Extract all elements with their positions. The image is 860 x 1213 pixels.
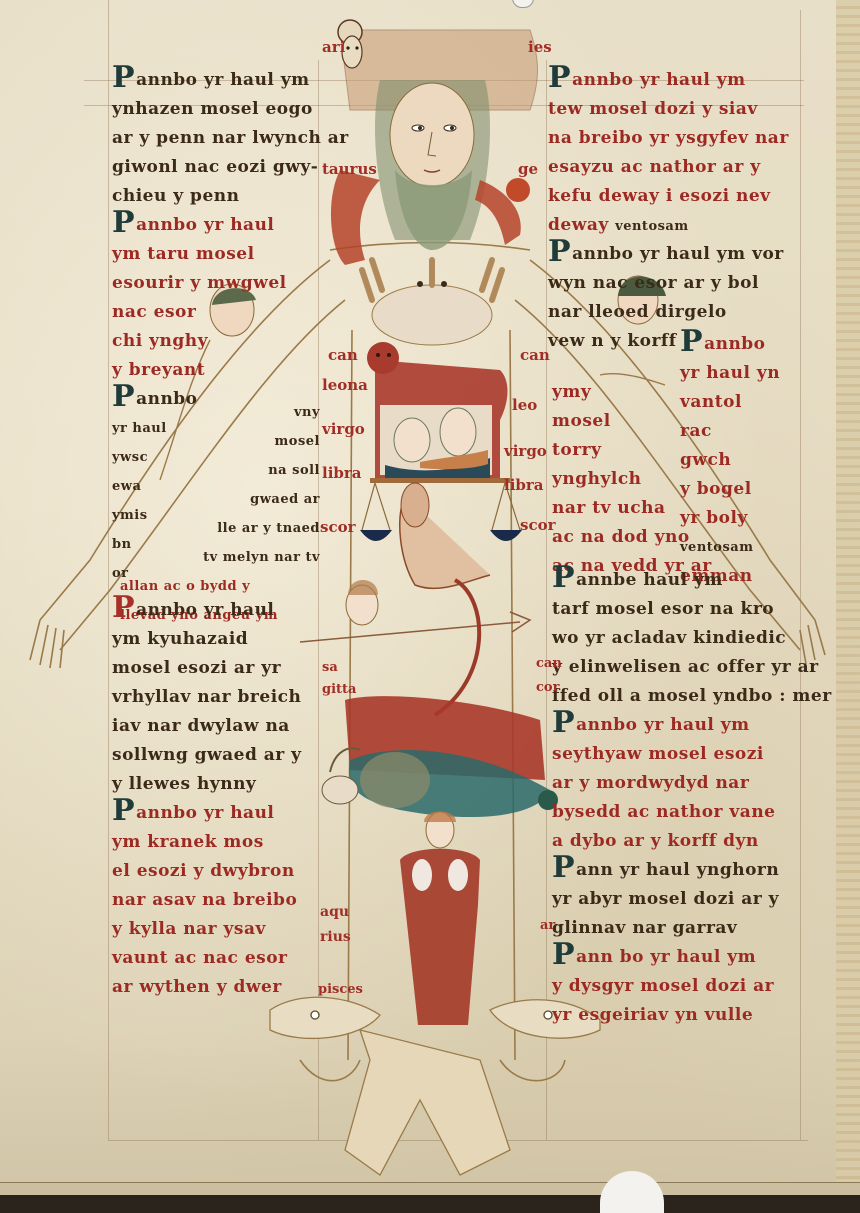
- glove-thumb: [600, 1171, 664, 1213]
- initial-p: P: [552, 705, 575, 740]
- zodiac-label-right: libra: [504, 476, 544, 494]
- left-text-column-lower: Pannbo yr haul ym kyuhazaid mosel esozi …: [112, 596, 317, 1002]
- zodiac-label-right: scor: [520, 516, 556, 534]
- paragraph-capricorn: Pann yr haul ynghorn yr abyr mosel dozi …: [552, 856, 810, 943]
- aquarius-figure-icon: [400, 812, 480, 1026]
- initial-p: P: [680, 324, 703, 359]
- paragraph-taurus-right: Pannbo yr haul ym tew mosel dozi y siav …: [548, 66, 808, 240]
- zodiac-label-right: leo: [512, 396, 537, 414]
- initial-p: P: [548, 234, 571, 269]
- ruling-left-margin: [108, 60, 109, 1140]
- zodiac-label-left: aqu: [320, 904, 349, 920]
- pisces-fish-icon: [270, 997, 600, 1175]
- initial-p: P: [552, 850, 575, 885]
- sagittarius-archer-icon: [300, 580, 545, 780]
- zodiac-label-right: can: [536, 656, 562, 671]
- scorpio-icon: [400, 483, 490, 588]
- leo-lion-icon: [367, 342, 508, 480]
- zodiac-label-left: ari: [322, 38, 345, 56]
- initial-p: P: [112, 590, 135, 625]
- zodiac-label-right: ies: [528, 38, 552, 56]
- initial-p: P: [548, 60, 571, 95]
- paragraph-aries: Pannbo yr haul ym ynhazen mosel eogo ar …: [112, 66, 312, 211]
- zodiac-label-left: gitta: [322, 682, 356, 697]
- zodiac-label-right: ge: [518, 160, 538, 178]
- initial-p: P: [112, 793, 135, 828]
- capricorn-goat-icon: [322, 748, 558, 817]
- zodiac-label-left: scor: [320, 518, 356, 536]
- background-band: [0, 1195, 860, 1213]
- libra-scales-icon: [360, 478, 522, 541]
- right-virgo-paragraph: ymy mosel torry ynghylch nar tv ucha ac …: [552, 378, 702, 581]
- zodiac-label-left: taurus: [322, 160, 377, 178]
- paragraph-sagittarius: Pannbo yr haul ym seythyaw mosel esozi a…: [552, 711, 810, 856]
- virgo-faces-icon: [380, 405, 492, 478]
- zodiac-label-right: virgo: [504, 442, 547, 460]
- paragraph-taurus: Pannbo yr haul ym taru mosel esourir y m…: [112, 211, 312, 385]
- paragraph-aquarius: Pann bo yr haul ym y dysgyr mosel dozi a…: [552, 943, 810, 1030]
- glove-fingertip: [512, 0, 534, 8]
- zodiac-label-left: libra: [322, 464, 362, 482]
- annotation-ventosam: ventosam: [615, 219, 688, 234]
- zodiac-label-left: sa: [322, 660, 338, 675]
- ruling-center-right: [546, 60, 547, 1140]
- inner-text-column: vny mosel na soll gwaed ar lle ar y tnae…: [180, 398, 320, 572]
- zodiac-label-left: pisces: [318, 982, 363, 997]
- paragraph-leo: Pannbo yr haul ym kyuhazaid mosel esozi …: [112, 596, 317, 799]
- zodiac-label-right: ar: [540, 918, 555, 933]
- zodiac-label-right: cor: [536, 680, 559, 695]
- ruling-top-left: [108, 0, 109, 60]
- body-outline: [300, 243, 565, 1081]
- zodiac-label-left: can: [328, 346, 358, 364]
- cancer-crab-icon: [362, 260, 502, 345]
- zodiac-label-left: virgo: [322, 420, 365, 438]
- aries-ram-icon: [338, 20, 538, 110]
- initial-p: P: [552, 560, 575, 595]
- initial-p: P: [552, 937, 575, 972]
- zodiac-label-left: rius: [320, 929, 351, 945]
- initial-p: P: [112, 60, 135, 95]
- page-edge: [836, 0, 860, 1213]
- page-bottom-edge: [0, 1182, 860, 1195]
- taurus-bull-icon: [331, 170, 530, 265]
- manuscript-page: Pannbo yr haul ym ynhazen mosel eogo ar …: [0, 0, 860, 1213]
- paragraph-cancer: Pannbo yr haul ym kranek mos el esozi y …: [112, 799, 317, 1002]
- paragraph-scorpio: Pannbe haul ym tarf mosel esor na kro wo…: [552, 566, 810, 711]
- right-text-column: Pannbo yr haul ym tew mosel dozi y siav …: [548, 66, 808, 356]
- initial-p: P: [112, 379, 135, 414]
- zodiac-label-left: leona: [322, 376, 368, 394]
- zodiac-label-right: can: [520, 346, 550, 364]
- ruling-bottom: [108, 1140, 808, 1141]
- right-text-column-lower: Pannbe haul ym tarf mosel esor na kro wo…: [552, 566, 810, 1030]
- initial-p: P: [112, 205, 135, 240]
